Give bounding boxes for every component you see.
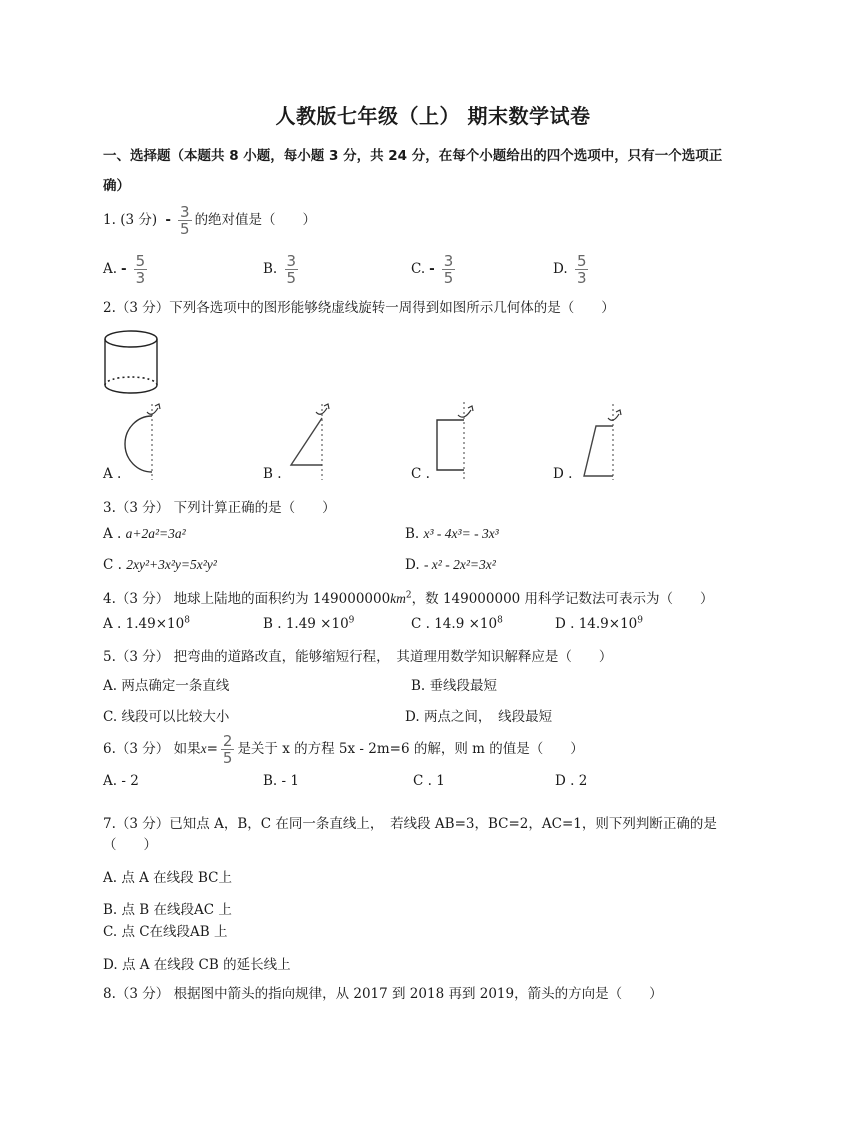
question-1: 1. (3 分) -35的绝对值是（ ） xyxy=(103,204,316,237)
question-5: 5.（3 分） 把弯曲的道路改直，能够缩短行程， 其道理用数学知识解释应是（ ） xyxy=(103,645,612,665)
q4-option-d[interactable]: D . 14.9×109 xyxy=(555,616,643,632)
question-2: 2.（3 分）下列各选项中的图形能够绕虚线旋转一周得到如图所示几何体的是（ ） xyxy=(103,296,615,316)
q7-option-b[interactable]: B. 点 B 在线段AC 上 xyxy=(103,898,232,918)
question-6: 6.（3 分） 如果x=25是关于 x 的方程 5x - 2m=6 的解，则 m… xyxy=(103,733,584,766)
question-score: (3 分) xyxy=(120,212,157,228)
question-text: 的绝对值是（ ） xyxy=(195,212,317,228)
q7-option-d[interactable]: D. 点 A 在线段 CB 的延长线上 xyxy=(103,953,291,973)
question-number: 1. xyxy=(103,212,116,228)
page-title: 人教版七年级（上） 期末数学试卷 xyxy=(0,100,866,129)
q3-option-a[interactable]: A . a+2a²=3a² xyxy=(103,526,186,542)
q3-option-c[interactable]: C . 2xy²+3x²y=5x²y² xyxy=(103,557,217,573)
section-header-line1: 一、选择题（本题共 8 小题，每小题 3 分，共 24 分，在每个小题给出的四个… xyxy=(103,144,722,164)
q3-option-d[interactable]: D. - x² - 2x²=3x² xyxy=(405,557,496,573)
right-trapezoid-icon xyxy=(570,400,630,480)
q5-option-c[interactable]: C. 线段可以比较大小 xyxy=(103,705,229,725)
q1-option-c[interactable]: C.-35 xyxy=(411,253,458,286)
q1-option-b[interactable]: B. 35 xyxy=(263,253,301,286)
fraction: 35 xyxy=(178,204,192,237)
question-8: 8.（3 分） 根据图中箭头的指向规律，从 2017 到 2018 再到 201… xyxy=(103,982,663,1002)
q6-option-c[interactable]: C . 1 xyxy=(413,773,445,789)
q1-option-d[interactable]: D. 53 xyxy=(553,253,591,286)
q1-option-a[interactable]: A.-53 xyxy=(103,253,150,286)
section-header-line2: 确） xyxy=(103,174,130,194)
q6-option-b[interactable]: B. - 1 xyxy=(263,773,299,789)
question-3: 3.（3 分） 下列计算正确的是（ ） xyxy=(103,496,336,516)
q3-option-b[interactable]: B. x³ - 4x³= - 3x³ xyxy=(405,526,499,542)
q5-option-b[interactable]: B. 垂线段最短 xyxy=(411,674,497,694)
q6-option-a[interactable]: A. - 2 xyxy=(103,773,139,789)
question-7-line2: （ ） xyxy=(103,833,157,853)
q2-option-b[interactable]: B . xyxy=(263,466,282,482)
q7-option-c[interactable]: C. 点 C在线段AB 上 xyxy=(103,920,228,940)
q5-option-d[interactable]: D. 两点之间， 线段最短 xyxy=(405,705,552,725)
right-triangle-icon xyxy=(283,400,333,480)
fraction: 25 xyxy=(221,733,235,766)
cylinder-figure xyxy=(103,330,159,396)
q4-option-b[interactable]: B . 1.49 ×109 xyxy=(263,616,354,632)
question-7: 7.（3 分）已知点 A，B，C 在同一条直线上， 若线段 AB=3，BC=2，… xyxy=(103,812,717,832)
rectangle-icon xyxy=(430,400,480,480)
q5-option-a[interactable]: A. 两点确定一条直线 xyxy=(103,674,229,694)
q6-option-d[interactable]: D . 2 xyxy=(555,773,587,789)
q4-option-c[interactable]: C . 14.9 ×108 xyxy=(411,616,503,632)
q4-option-a[interactable]: A . 1.49×108 xyxy=(103,616,190,632)
question-4: 4.（3 分） 地球上陆地的面积约为 149000000km2，数 149000… xyxy=(103,587,714,607)
minus-sign: - xyxy=(165,212,171,228)
q7-option-a[interactable]: A. 点 A 在线段 BC上 xyxy=(103,866,232,886)
semicircle-arc-icon xyxy=(118,400,168,480)
q2-option-c[interactable]: C . xyxy=(411,466,430,482)
